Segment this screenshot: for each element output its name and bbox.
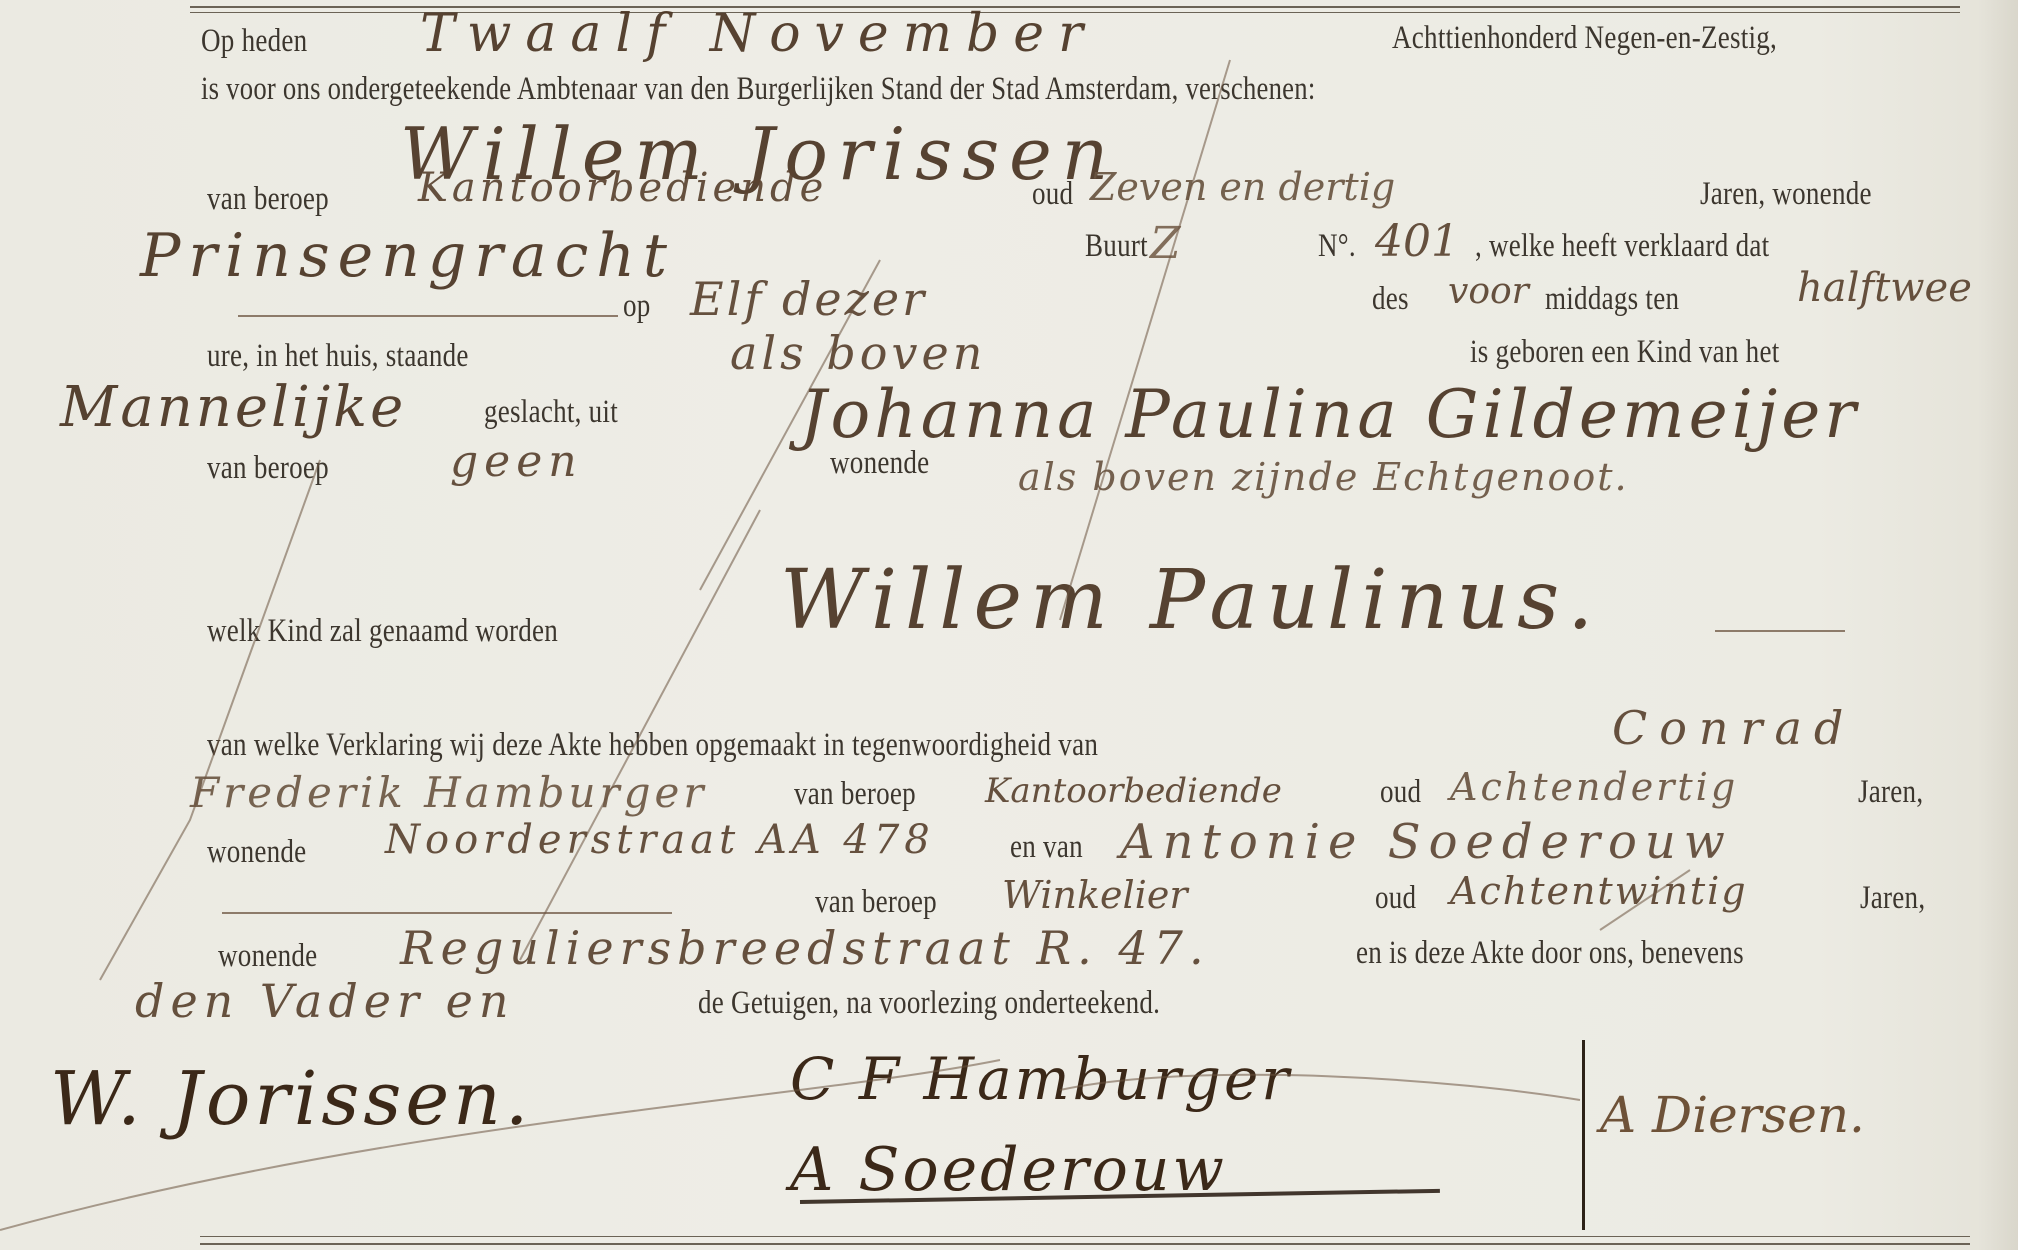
page-edge-shadow [1978, 0, 2018, 1250]
hw-witness2-occupation: Winkelier [1002, 876, 1188, 914]
birth-record-page: Op heden Twaalf November Achttienhonderd… [0, 0, 2018, 1250]
printed-op: op [623, 290, 651, 323]
printed-van-beroep-3: van beroep [794, 778, 916, 811]
hw-den-vader-en: den Vader en [135, 978, 514, 1024]
printed-welk-kind: welk Kind zal genaamd worden [207, 615, 558, 648]
printed-line-2: is voor ons ondergeteekende Ambtenaar va… [201, 73, 1315, 106]
hw-time-of-day: voor [1448, 274, 1529, 310]
fill-line-1 [238, 315, 618, 317]
hw-buurt-letter: Z [1150, 222, 1181, 266]
hw-mother-occupation: geen [450, 440, 583, 484]
hw-witness2-name: Antonie Soederouw [1120, 818, 1733, 866]
printed-van-beroep-4: van beroep [815, 886, 937, 919]
fill-line-2 [222, 912, 672, 914]
printed-wonende-3: wonende [218, 940, 317, 973]
hw-child-sex: Mannelijke [60, 380, 406, 436]
printed-jaren-wonende: Jaren, wonende [1700, 178, 1872, 211]
printed-geslacht-uit: geslacht, uit [484, 396, 618, 429]
printed-year: Achttienhonderd Negen-en-Zestig, [1392, 22, 1777, 55]
printed-oud-2: oud [1380, 776, 1421, 809]
printed-wonende-2: wonende [207, 836, 306, 869]
printed-van-beroep-1: van beroep [207, 183, 329, 216]
hw-witness1-occupation: Kantoorbediende [985, 774, 1282, 808]
hw-hour: halftwee [1797, 268, 1972, 308]
printed-buurt: Buurt [1085, 230, 1148, 263]
printed-ure-in-het-huis: ure, in het huis, staande [207, 340, 469, 373]
printed-jaren-2: Jaren, [1858, 776, 1923, 809]
printed-op-heden: Op heden [201, 25, 307, 58]
hw-date: Twaalf November [420, 8, 1097, 60]
printed-van-beroep-2: van beroep [207, 452, 329, 485]
printed-oud-3: oud [1375, 882, 1416, 915]
child-name-dash [1715, 630, 1845, 632]
printed-oud-1: oud [1032, 178, 1073, 211]
signature-father: W. Jorissen. [50, 1062, 532, 1136]
hw-mother-name: Johanna Paulina Gildemeijer [800, 382, 1860, 448]
hw-witness2-age: Achtentwintig [1450, 872, 1748, 910]
signature-witness1: C F Hamburger [790, 1050, 1292, 1108]
hw-house-location: als boven [730, 330, 986, 376]
hw-child-name: Willem Paulinus. [780, 560, 1601, 642]
printed-middags-ten: middags ten [1545, 283, 1679, 316]
hw-witness1-residence: Noorderstraat AA 478 [385, 820, 935, 860]
printed-is-geboren: is geboren een Kind van het [1470, 336, 1779, 369]
printed-welke-heeft: , welke heeft verklaard dat [1475, 230, 1769, 263]
hw-declarant-age: Zeven en dertig [1090, 168, 1395, 206]
printed-jaren-3: Jaren, [1860, 882, 1925, 915]
signature-witness2: A Soederouw [790, 1140, 1227, 1200]
printed-verklaring: van welke Verklaring wij deze Akte hebbe… [207, 729, 1098, 762]
printed-akte-door-ons: en is deze Akte door ons, benevens [1356, 937, 1744, 970]
signature-bracket [1582, 1040, 1585, 1230]
hw-witness2-residence: Reguliersbreedstraat R. 47. [400, 925, 1210, 971]
hw-witness1-name: Frederik Hamburger [190, 772, 707, 814]
signature-official: A Diersen. [1600, 1090, 1865, 1140]
hw-declarant-occupation: Kantoorbediende [418, 168, 827, 208]
printed-des: des [1372, 283, 1409, 316]
hw-declarant-street: Prinsengracht [140, 226, 675, 286]
hw-mother-residence: als boven zijnde Echtgenoot. [1018, 458, 1629, 496]
bottom-rule [200, 1236, 1970, 1237]
hw-witness1-age: Achtendertig [1450, 768, 1738, 806]
printed-number-label: N°. [1318, 230, 1356, 263]
printed-wonende-1: wonende [830, 447, 929, 480]
printed-getuigen: de Getuigen, na voorlezing onderteekend. [698, 987, 1160, 1020]
hw-witness1-first: Conrad [1612, 705, 1855, 751]
hw-house-number: 401 [1375, 220, 1459, 264]
hw-birth-day: Elf dezer [690, 276, 927, 322]
printed-en-van: en van [1010, 831, 1083, 864]
bottom-rule-2 [200, 1243, 1970, 1245]
